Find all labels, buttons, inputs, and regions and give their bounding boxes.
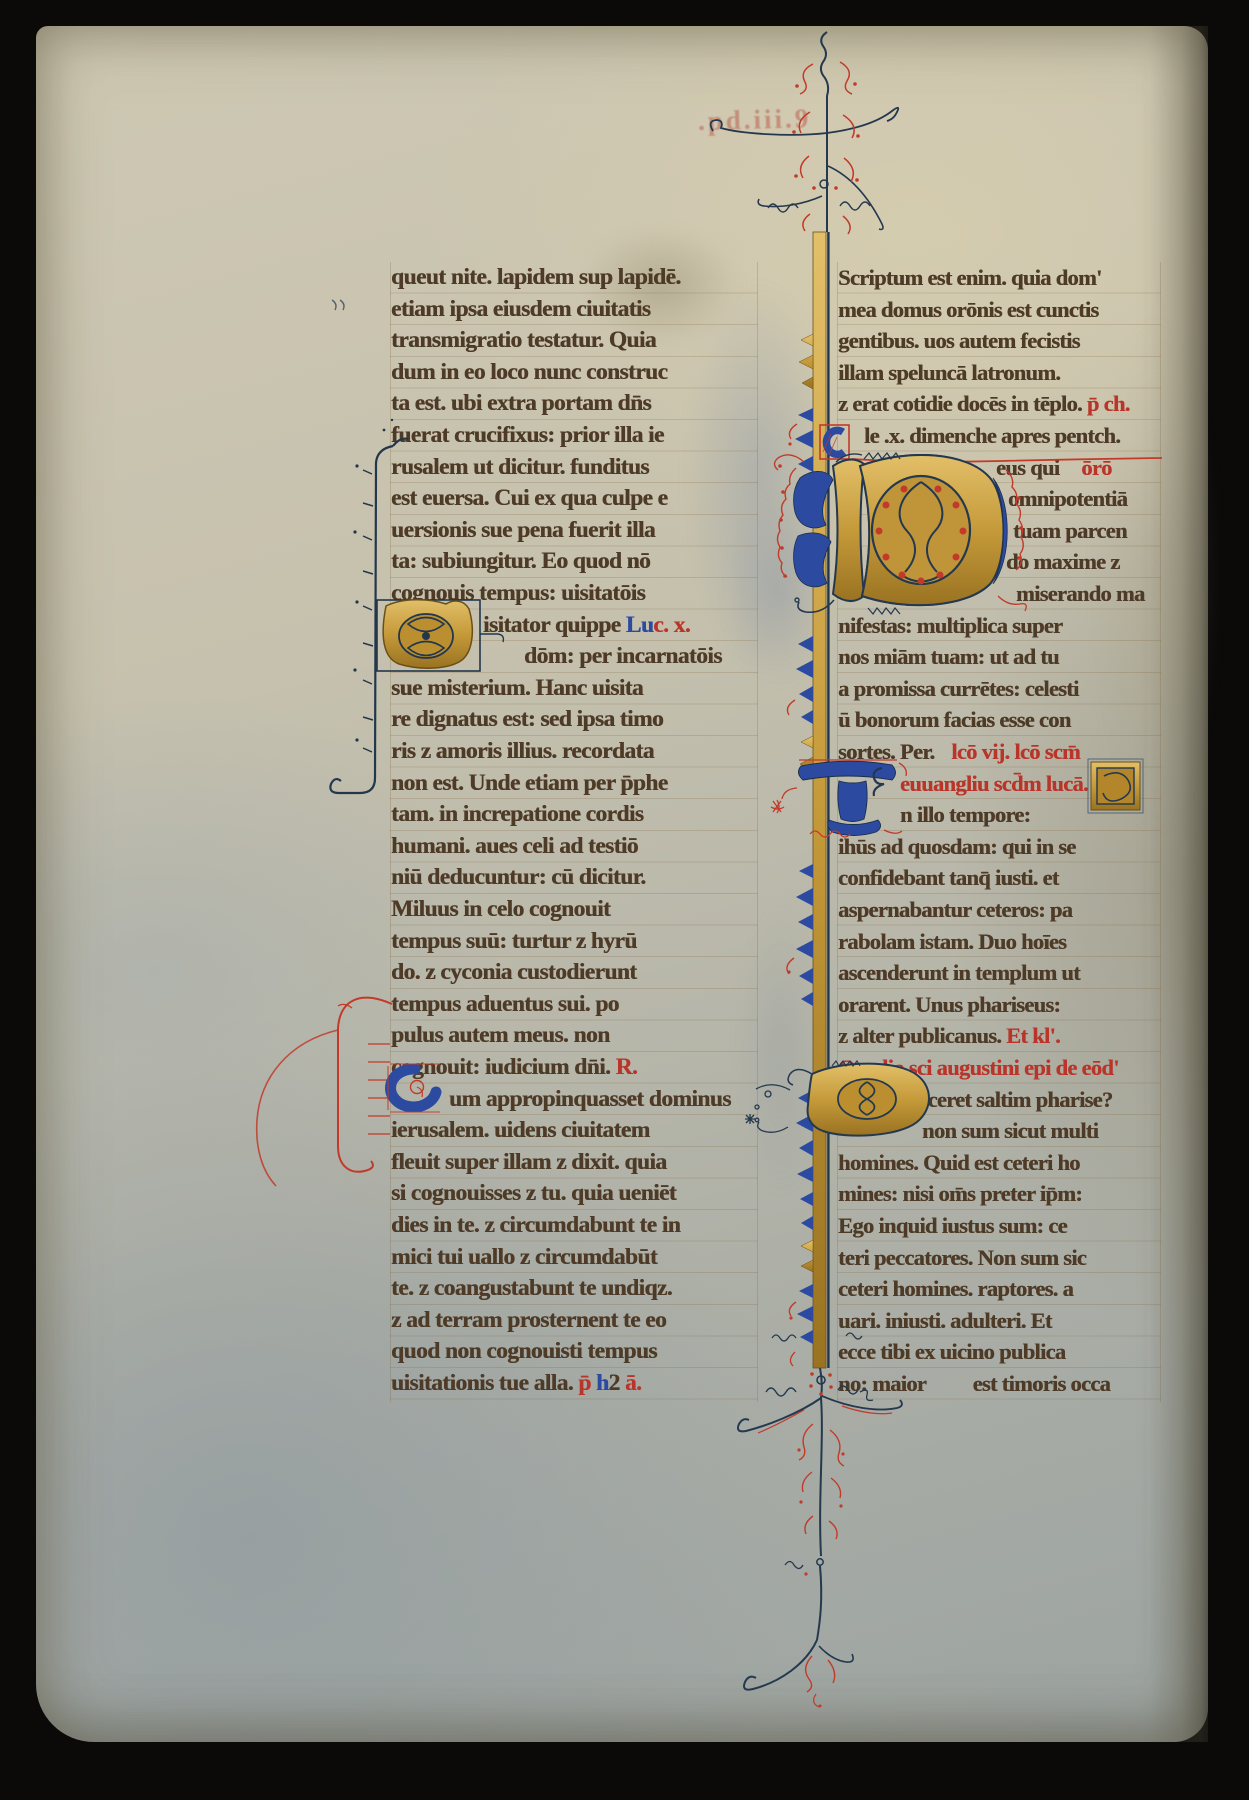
text-line: z ad terram prosternent te eo: [391, 1305, 757, 1337]
text-column-left: queut nite. lapidem sup lapidē.etiam ips…: [390, 262, 758, 1402]
text-line: mea domus orōnis est cunctis: [838, 294, 1160, 326]
text-line: si cognouisses z tu. quia ueniēt: [391, 1178, 757, 1210]
text-line: nos miām tuam: ut ad tu: [838, 641, 1160, 673]
faded-quire-inscription: .pd.iii.9: [698, 102, 859, 137]
text-line: teri peccatores. Non sum sic: [838, 1242, 1160, 1274]
text-line: nifestas: multiplica super: [838, 610, 1160, 642]
text-line: quod non cognouisti tempus: [391, 1336, 757, 1368]
text-line: do. z cyconia custodierunt: [391, 957, 757, 989]
text-line: fleuit super illam z dixit. quia: [391, 1147, 757, 1179]
text-line: ta est. ubi extra portam dn̄s: [391, 388, 757, 420]
text-line: Omelia sci augustini epi de eōd': [838, 1052, 1160, 1084]
text-line: dum in eo loco nunc construc: [391, 357, 757, 389]
text-line: pulus autem meus. non: [391, 1020, 757, 1052]
text-line: Scriptum est enim. quia dom': [838, 262, 1160, 294]
text-line: homines. Quid est ceteri ho: [838, 1147, 1160, 1179]
text-line: isitator quippe Luc. x.: [483, 610, 757, 642]
text-line: gentibus. uos autem fecistis: [838, 325, 1160, 357]
text-line: mici tui uallo z circumdabūt: [391, 1242, 757, 1274]
text-line: ceteri homines. raptores. a: [838, 1273, 1160, 1305]
text-line: ascenderunt in templum ut: [838, 957, 1160, 989]
text-line: niū deducuntur: cū dicitur.: [391, 862, 757, 894]
text-line: omnipotentiā: [1008, 483, 1160, 515]
text-line: ecce tibi ex uicino publica: [838, 1336, 1160, 1368]
text-line: z erat cotidie docēs in tēplo. p̄ ch.: [838, 388, 1160, 420]
text-line: tam. in increpatione cordis: [391, 799, 757, 831]
text-line: confidebant tanq̄ iusti. et: [838, 862, 1160, 894]
text-line: do maxime z: [1006, 546, 1160, 578]
text-line: non sum sicut multi: [922, 1115, 1160, 1147]
text-line: miserando ma: [1016, 578, 1160, 610]
manuscript-photo: .pd.iii.9 queut nite. lapidem sup lapidē…: [0, 0, 1249, 1800]
text-line: est euersa. Cui ex qua culpe e: [391, 483, 757, 515]
text-line: Miluus in celo cognouit: [391, 894, 757, 926]
text-line: iceret saltim pharise?: [922, 1084, 1160, 1116]
text-line: cognouis tempus: uisitatōis: [391, 578, 757, 610]
text-line: dies in te. z circumdabunt te in: [391, 1210, 757, 1242]
text-line: dōm: per incarnatōis: [524, 641, 757, 673]
text-line: Ego inquid iustus sum: ce: [838, 1210, 1160, 1242]
text-line: mines: nisi om̄s preter ip̄m:: [838, 1178, 1160, 1210]
text-line: transmigratio testatur. Quia: [391, 325, 757, 357]
text-column-right: Scriptum est enim. quia dom'mea domus or…: [837, 262, 1161, 1402]
text-line: tempus suū: turtur z hyrū: [391, 926, 757, 958]
text-line: um appropinquasset dominus: [449, 1084, 757, 1116]
text-line: sue misterium. Hanc uisita: [391, 673, 757, 705]
text-line: te. z coangustabunt te undiqz.: [391, 1273, 757, 1305]
text-line: aspernabantur ceteros: pa: [838, 894, 1160, 926]
text-line: orarent. Unus phariseus:: [838, 989, 1160, 1021]
text-line: humani. aues celi ad testiō: [391, 831, 757, 863]
text-line: illam speluncā latronum.: [838, 357, 1160, 389]
text-line: uisitationis tue alla. p̄ h2 ā.: [391, 1368, 757, 1400]
text-line: n illo tempore:: [900, 799, 1160, 831]
text-line: euuangliu scd̄m lucā.: [900, 768, 1160, 800]
text-line: rabolam istam. Duo hoīes: [838, 926, 1160, 958]
text-line: tuam parcen: [1013, 515, 1160, 547]
text-line: tempus aduentus sui. po: [391, 989, 757, 1021]
text-line: fuerat crucifixus: prior illa ie: [391, 420, 757, 452]
text-line: uari. iniusti. adulteri. Et: [838, 1305, 1160, 1337]
text-line: ihūs ad quosdam: qui in se: [838, 831, 1160, 863]
text-line: ta: subiungitur. Eo quod nō: [391, 546, 757, 578]
text-line: le .x. dimenche apres pentch.: [864, 420, 1160, 452]
text-line: no: maior est timoris occa: [838, 1368, 1160, 1400]
text-line: eus quiōrō: [996, 452, 1160, 484]
text-line: non est. Unde etiam per p̄phe: [391, 768, 757, 800]
text-line: rusalem ut dicitur. funditus: [391, 452, 757, 484]
text-line: sortes. Per. lcō vij. lcō scm̄: [838, 736, 1160, 768]
text-line: ū bonorum facias esse con: [838, 704, 1160, 736]
text-line: etiam ipsa eiusdem ciuitatis: [391, 294, 757, 326]
text-line: queut nite. lapidem sup lapidē.: [391, 262, 757, 294]
text-line: z alter publicanus. Et kl'.: [838, 1020, 1160, 1052]
text-line: a promissa currētes: celesti: [838, 673, 1160, 705]
text-line: cognouit: iudicium dn̄i. R.: [391, 1052, 757, 1084]
text-line: re dignatus est: sed ipsa timo: [391, 704, 757, 736]
text-line: ris z amoris illius. recordata: [391, 736, 757, 768]
text-line: uersionis sue pena fuerit illa: [391, 515, 757, 547]
text-line: ierusalem. uidens ciuitatem: [391, 1115, 757, 1147]
